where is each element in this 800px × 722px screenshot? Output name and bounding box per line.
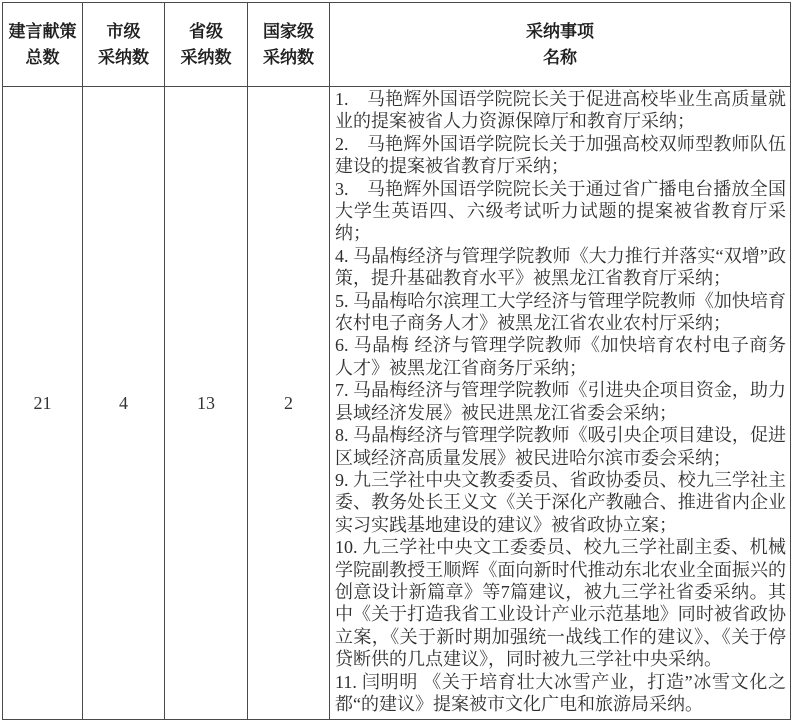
header-total-suggestions: 建言献策 总数 [3, 3, 83, 87]
adoption-table: 建言献策 总数 市级 采纳数 省级 采纳数 国家级 采纳数 采纳事项 名称 21… [2, 2, 791, 720]
adopted-item-10: 10. 九三学社中央文工委委员、校九三学社副主委、机械学院副教授王顺辉《面向新时… [335, 536, 786, 670]
adopted-item-9: 9. 九三学社中央文教委委员、省政协委员、校九三学社主委、教务处长王义文《关于深… [335, 469, 786, 536]
adopted-item-11: 11. 闫明明 《关于培育壮大冰雪产业，打造”冰雪文化之都“的建议》提案被市文化… [335, 671, 786, 716]
cell-adopted-items: 1. 马艳辉外国语学院院长关于促进高校毕业生高质量就业的提案被省人力资源保障厅和… [330, 87, 791, 720]
adopted-item-4: 4. 马晶梅经济与管理学院教师《大力推行并落实“双增”政策，提升基础教育水平》被… [335, 245, 786, 290]
cell-national-adoptions: 2 [248, 87, 330, 720]
adopted-item-8: 8. 马晶梅经济与管理学院教师《吸引央企项目建设，促进区域经济高质量发展》被民进… [335, 424, 786, 469]
header-national-adoptions: 国家级 采纳数 [248, 3, 330, 87]
adopted-item-5: 5. 马晶梅哈尔滨理工大学经济与管理学院教师《加快培育农村电子商务人才》被黑龙江… [335, 290, 786, 335]
adopted-item-6: 6. 马晶梅 经济与管理学院教师《加快培育农村电子商务人才》被黑龙江省商务厅采纳… [335, 334, 786, 379]
data-row: 21 4 13 2 1. 马艳辉外国语学院院长关于促进高校毕业生高质量就业的提案… [3, 87, 791, 720]
adopted-item-7: 7. 马晶梅经济与管理学院教师《引进央企项目资金，助力县域经济发展》被民进黑龙江… [335, 379, 786, 424]
header-adopted-items: 采纳事项 名称 [330, 3, 791, 87]
header-provincial-adoptions: 省级 采纳数 [165, 3, 248, 87]
document-page: 建言献策 总数 市级 采纳数 省级 采纳数 国家级 采纳数 采纳事项 名称 21… [0, 0, 800, 722]
cell-municipal-adoptions: 4 [83, 87, 165, 720]
cell-total-suggestions: 21 [3, 87, 83, 720]
adopted-item-3: 3. 马艳辉外国语学院院长关于通过省广播电台播放全国大学生英语四、六级考试听力试… [335, 178, 786, 245]
header-municipal-adoptions: 市级 采纳数 [83, 3, 165, 87]
adopted-item-1: 1. 马艳辉外国语学院院长关于促进高校毕业生高质量就业的提案被省人力资源保障厅和… [335, 88, 786, 133]
cell-provincial-adoptions: 13 [165, 87, 248, 720]
adopted-item-2: 2. 马艳辉外国语学院院长关于加强高校双师型教师队伍建设的提案被省教育厅采纳； [335, 133, 786, 178]
header-row: 建言献策 总数 市级 采纳数 省级 采纳数 国家级 采纳数 采纳事项 名称 [3, 3, 791, 87]
